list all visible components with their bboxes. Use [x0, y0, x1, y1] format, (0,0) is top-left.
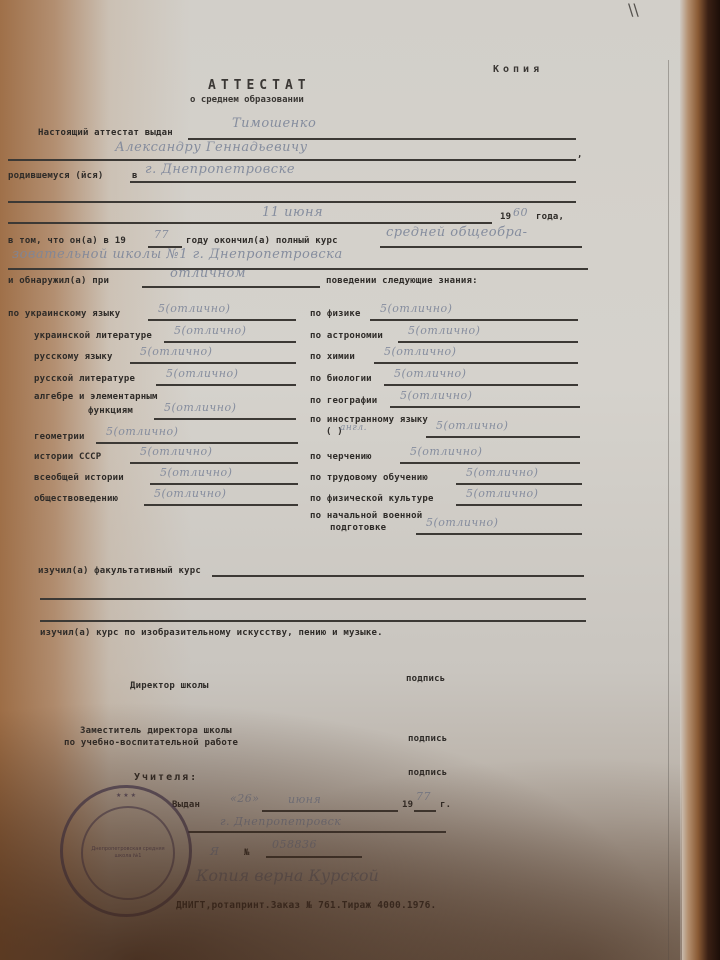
subject-label: по украинскому языку	[8, 309, 120, 319]
number-line	[266, 856, 362, 858]
graduated-label: в том, что он(а) в 19	[8, 236, 126, 246]
subject-label: по начальной военной	[310, 511, 422, 521]
subject-label: алгебре и элементарным	[34, 392, 158, 402]
subject-label: геометрии	[34, 432, 85, 442]
grade-value: 5(отлично)	[400, 389, 472, 402]
grade-value: 5(отлично)	[394, 367, 466, 380]
subject-label-line2: подготовке	[330, 523, 386, 533]
number-label: №	[244, 848, 250, 858]
grade-value: 5(отлично)	[158, 302, 230, 315]
document-title: АТТЕСТАТ	[208, 78, 311, 93]
born-label: родившемуся (йся)	[8, 171, 104, 181]
language-value: англ.	[340, 423, 367, 433]
copy-mark: Копия	[493, 64, 543, 75]
grade-value: 5(отлично)	[140, 345, 212, 358]
subject-label: по астрономии	[310, 331, 383, 341]
birth-year-value: 60	[513, 206, 528, 219]
grade-line	[156, 384, 296, 386]
issue-day: «26»	[230, 792, 259, 805]
grade-line	[398, 341, 578, 343]
issue-city-line	[188, 831, 446, 833]
subject-label: русской литературе	[34, 374, 135, 384]
birthplace-value: г. Днепропетровске	[145, 162, 295, 177]
deputy-label-1: Заместитель директора школы	[80, 726, 232, 736]
electives-line-1	[212, 575, 584, 577]
grade-value: 5(отлично)	[174, 324, 246, 337]
issue-year-prefix: 19	[402, 800, 413, 810]
page-fold	[668, 60, 669, 960]
graduated-label-post: году окончил(а) полный курс	[186, 236, 338, 246]
grade-value: 5(отлично)	[384, 345, 456, 358]
grade-line	[164, 341, 296, 343]
issue-year: 77	[416, 790, 431, 803]
grade-line	[416, 533, 582, 535]
comma: ,	[577, 150, 583, 160]
grade-value: 5(отлично)	[408, 324, 480, 337]
issue-month: июня	[288, 793, 321, 806]
grade-line	[370, 319, 578, 321]
grade-value: 5(отлично)	[160, 466, 232, 479]
grade-line	[456, 483, 582, 485]
grade-line	[148, 319, 296, 321]
graduation-year-value: 77	[154, 228, 169, 241]
number-prefix: Я	[210, 845, 219, 858]
electives-label: изучил(а) факультативный курс	[38, 566, 201, 576]
grade-line	[390, 406, 580, 408]
director-sig-label: подпись	[406, 674, 445, 684]
subject-label: по трудовому обучению	[310, 473, 428, 483]
grade-value: 5(отлично)	[380, 302, 452, 315]
printer-footer: ДНИГТ,ротапринт.Заказ № 761.Тираж 4000.1…	[176, 900, 436, 911]
grade-line	[374, 362, 578, 364]
grade-line	[426, 436, 580, 438]
subject-label: обществоведению	[34, 494, 118, 504]
grade-value: 5(отлично)	[154, 487, 226, 500]
subject-label: истории СССР	[34, 452, 101, 462]
birthplace-line	[130, 181, 576, 183]
grade-value: 5(отлично)	[140, 445, 212, 458]
issue-city: г. Днепропетровск	[220, 815, 341, 828]
grade-value: 5(отлично)	[164, 401, 236, 414]
document-subtitle: о среднем образовании	[190, 95, 304, 105]
given-names-line	[8, 159, 576, 161]
conduct-label-post: поведении следующие знания:	[326, 276, 478, 286]
issue-year-end: г.	[440, 800, 451, 810]
subject-label: всеобщей истории	[34, 473, 124, 483]
grade-value: 5(отлично)	[436, 419, 508, 432]
stamp-text: Днепропетровская средняя школа №1	[83, 846, 173, 860]
issued-to-label: Настоящий аттестат выдан	[38, 128, 173, 138]
grade-line	[456, 504, 582, 506]
school-line-2	[8, 268, 588, 270]
grade-line	[150, 483, 298, 485]
school-value-1: средней общеобра-	[386, 225, 528, 240]
corner-mark: \\	[628, 0, 639, 19]
given-names-value: Александру Геннадьевичу	[115, 140, 308, 155]
born-prefix: в	[132, 171, 138, 181]
electives-line-3	[40, 620, 586, 622]
birth-year-prefix: 19	[500, 212, 511, 222]
subject-label: по географии	[310, 396, 377, 406]
subject-label: по черчению	[310, 452, 372, 462]
teachers-label: Учителя:	[134, 772, 198, 783]
teachers-sig-label: подпись	[408, 768, 447, 778]
arts-label: изучил(а) курс по изобразительному искус…	[40, 628, 383, 638]
certificate-number: 058836	[272, 838, 317, 851]
subject-label: по биологии	[310, 374, 372, 384]
handwritten-note: Копия верна Курской	[196, 866, 379, 885]
conduct-label: и обнаружил(а) при	[8, 276, 109, 286]
birth-date-value: 11 июня	[262, 205, 323, 220]
subject-label-line2: функциям	[88, 406, 133, 416]
school-value-2: зовательной школы №1 г. Днепропетровска	[12, 247, 343, 262]
grade-line	[130, 462, 298, 464]
grade-value: 5(отлично)	[166, 367, 238, 380]
grade-line	[96, 442, 298, 444]
grade-line	[144, 504, 298, 506]
grade-line	[400, 462, 580, 464]
grade-line	[154, 418, 296, 420]
table-edge	[680, 0, 720, 960]
official-stamp: ★ ★ ★ Днепропетровская средняя школа №1	[60, 785, 192, 917]
subject-label: по иностранному языку	[310, 415, 428, 425]
surname-value: Тимошенко	[232, 116, 316, 131]
issue-year-line	[414, 810, 436, 812]
conduct-value: отличном	[170, 266, 246, 281]
subject-label: по физике	[310, 309, 361, 319]
grade-value: 5(отлично)	[466, 466, 538, 479]
electives-line-2	[40, 598, 586, 600]
subject-label: украинской литературе	[34, 331, 152, 341]
subject-label: по химии	[310, 352, 355, 362]
deputy-label-2: по учебно-воспитательной работе	[64, 738, 238, 748]
director-label: Директор школы	[130, 681, 209, 691]
stamp-center: Днепропетровская средняя школа №1	[81, 806, 175, 900]
subject-label: русскому языку	[34, 352, 113, 362]
issue-month-line	[262, 810, 398, 812]
birthplace-line-2	[8, 201, 576, 203]
birth-date-line	[8, 222, 492, 224]
grade-line	[384, 384, 578, 386]
subject-label: по физической культуре	[310, 494, 434, 504]
school-line-1	[380, 246, 582, 248]
grade-line	[130, 362, 296, 364]
conduct-line	[142, 286, 320, 288]
grade-value: 5(отлично)	[410, 445, 482, 458]
birth-year-suffix: года,	[536, 212, 564, 222]
deputy-sig-label: подпись	[408, 734, 447, 744]
grade-value: 5(отлично)	[106, 425, 178, 438]
grade-value: 5(отлично)	[466, 487, 538, 500]
grade-value: 5(отлично)	[426, 516, 498, 529]
